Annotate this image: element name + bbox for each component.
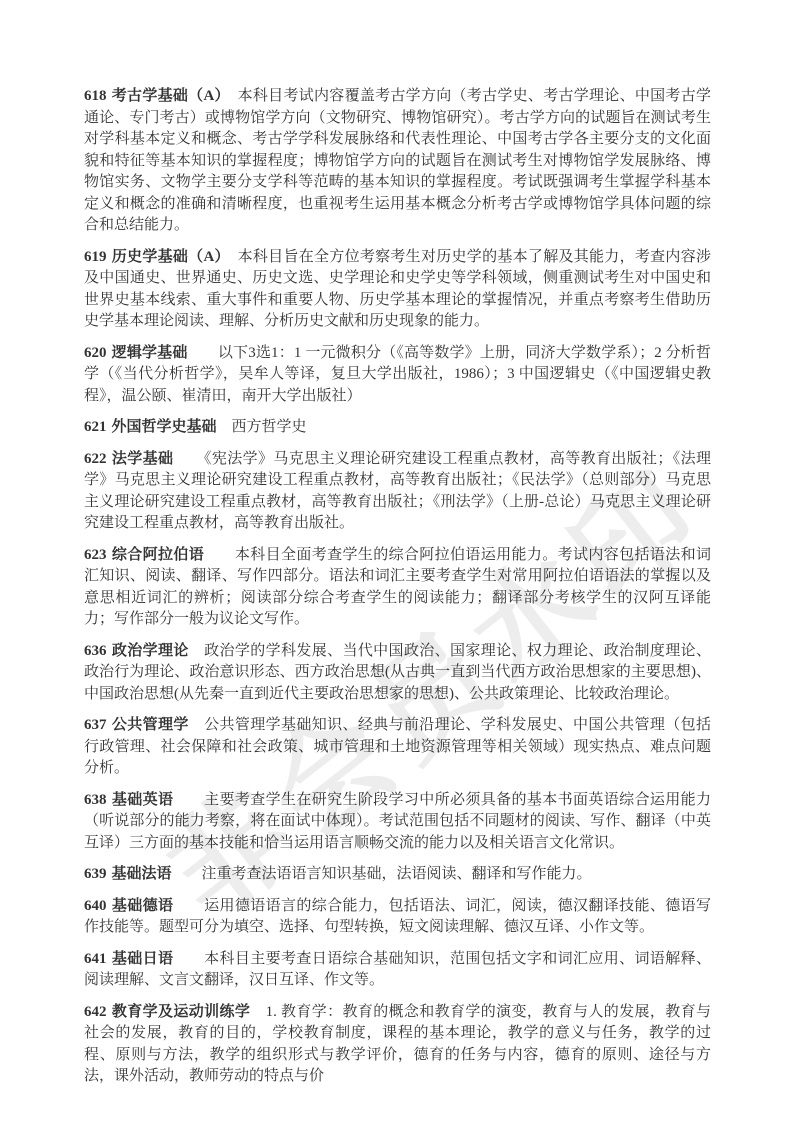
subject-title: 历史学基础（A） (112, 249, 223, 265)
title-body-separator (222, 88, 237, 104)
subject-title: 基础德语 (112, 898, 174, 914)
title-body-separator (217, 419, 232, 435)
subject-code: 618 (84, 88, 107, 104)
subject-title: 考古学基础（A） (112, 88, 223, 104)
subject-description: 注重考查法语语言知识基础，法语阅读、翻译和写作能力。 (202, 866, 592, 882)
subject-code: 639 (84, 866, 107, 882)
title-body-separator (189, 717, 204, 733)
subject-code: 642 (84, 1004, 107, 1020)
subject-code: 623 (84, 547, 107, 563)
subject-title: 政治学理论 (112, 643, 189, 659)
title-body-separator (250, 1004, 265, 1020)
subject-title: 基础日语 (112, 951, 174, 967)
subject-title: 基础法语 (112, 866, 172, 882)
subject-entry: 642教育学及运动训练学 1. 教育学：教育的概念和教育学的演变，教育与人的发展… (84, 1002, 711, 1088)
subject-description: 西方哲学史 (232, 419, 307, 435)
subject-code: 620 (84, 345, 107, 361)
title-body-separator (222, 249, 237, 265)
subject-entry: 641基础日语 本科目主要考查日语综合基础知识，范围包括文字和词汇应用、词语解释… (84, 949, 711, 992)
subject-entry: 621外国哲学史基础 西方哲学史 (84, 417, 711, 439)
title-body-separator (189, 643, 204, 659)
document-page: 非会员水印 618考古学基础（A） 本科目考试内容覆盖考古学方向（考古学史、考古… (0, 0, 793, 1122)
subject-title: 法学基础 (112, 451, 174, 467)
subject-code: 619 (84, 249, 107, 265)
subject-title: 逻辑学基础 (112, 345, 188, 361)
subject-code: 636 (84, 643, 107, 659)
title-body-separator (173, 898, 204, 914)
subject-code: 622 (84, 451, 107, 467)
title-body-separator (173, 951, 204, 967)
title-body-separator (188, 345, 218, 361)
title-body-separator (173, 451, 204, 467)
subject-code: 638 (84, 792, 107, 808)
subject-entry: 622法学基础 《宪法学》马克思主义理论研究建设工程重点教材，高等教育出版社；《… (84, 449, 711, 535)
title-body-separator (172, 866, 202, 882)
subject-entry: 639基础法语 注重考查法语语言知识基础，法语阅读、翻译和写作能力。 (84, 864, 711, 886)
subject-description: 本科目考试内容覆盖考古学方向（考古学史、考古学理论、中国考古学通论、专门考古）或… (84, 88, 711, 233)
subject-entry: 640基础德语 运用德语语言的综合能力，包括语法、词汇，阅读，德汉翻译技能、德语… (84, 896, 711, 939)
subject-entry: 618考古学基础（A） 本科目考试内容覆盖考古学方向（考古学史、考古学理论、中国… (84, 86, 711, 237)
subject-title: 公共管理学 (112, 717, 189, 733)
subject-entry: 620逻辑学基础 以下3选1：1 一元微积分（《高等数学》上册，同济大学数学系）… (84, 343, 711, 408)
subject-title: 教育学及运动训练学 (112, 1004, 251, 1020)
subject-title: 外国哲学史基础 (112, 419, 217, 435)
subject-entry: 636政治学理论 政治学的学科发展、当代中国政治、国家理论、权力理论、政治制度理… (84, 641, 711, 706)
subject-title: 综合阿拉伯语 (112, 547, 205, 563)
subject-list: 618考古学基础（A） 本科目考试内容覆盖考古学方向（考古学史、考古学理论、中国… (84, 86, 711, 1098)
subject-title: 基础英语 (112, 792, 174, 808)
subject-entry: 619历史学基础（A） 本科目旨在全方位考察考生对历史学的基本了解及其能力，考查… (84, 247, 711, 333)
subject-entry: 638基础英语 主要考查学生在研究生阶段学习中所必须具备的基本书面英语综合运用能… (84, 790, 711, 855)
title-body-separator (173, 792, 204, 808)
subject-entry: 637公共管理学 公共管理学基础知识、经典与前沿理论、学科发展史、中国公共管理（… (84, 715, 711, 780)
title-body-separator (204, 547, 235, 563)
subject-code: 640 (84, 898, 107, 914)
subject-entry: 623综合阿拉伯语 本科目全面考查学生的综合阿拉伯语运用能力。考试内容包括语法和… (84, 545, 711, 631)
subject-code: 637 (84, 717, 107, 733)
subject-code: 641 (84, 951, 107, 967)
subject-code: 621 (84, 419, 107, 435)
